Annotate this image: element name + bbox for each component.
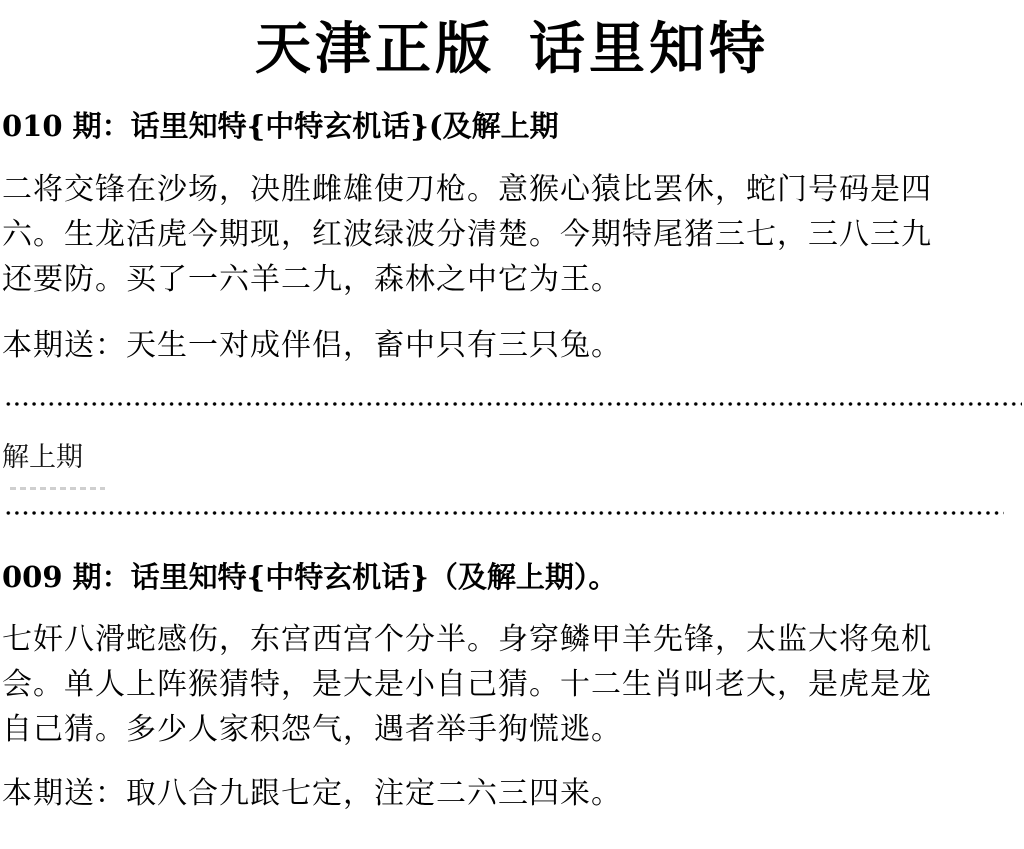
poem-line: 会。单人上阵猴猜特，是大是小自己猜。十二生肖叫老大，是虎是龙	[2, 662, 1024, 707]
page-title: 天津正版话里知特	[0, 14, 1024, 84]
poem-line: 还要防。买了一六羊二九，森林之中它为王。	[2, 257, 1024, 302]
issue-010-heading: 010 期：话里知特{中特玄机话}(及解上期	[2, 108, 559, 144]
issue-010-gift: 本期送：天生一对成伴侣，畜中只有三只兔。	[2, 326, 622, 366]
issue-009-poem: 七奸八滑蛇感伤，东宫西宫个分半。身穿鳞甲羊先锋，太监大将兔机 会。单人上阵猴猜特…	[2, 617, 1024, 752]
issue-010-poem: 二将交锋在沙场，决胜雌雄使刀枪。意猴心猿比罢休，蛇门号码是四 六。生龙活虎今期现…	[2, 167, 1024, 302]
poem-line: 七奸八滑蛇感伤，东宫西宫个分半。身穿鳞甲羊先锋，太监大将兔机	[2, 617, 1024, 662]
issue-009-gift: 本期送：取八合九跟七定，注定二六三四来。	[2, 774, 622, 814]
poem-line: 六。生龙活虎今期现，红波绿波分清楚。今期特尾猪三七，三八三九	[2, 212, 1024, 257]
title-part-2: 话里知特	[529, 16, 769, 82]
faint-scan-mark	[10, 487, 105, 490]
poem-line: 自己猜。多少人家积怨气，遇者举手狗慌逃。	[2, 707, 1024, 752]
issue-009-heading: 009 期：话里知特{中特玄机话}（及解上期）。	[2, 559, 617, 595]
poem-line: 二将交锋在沙场，决胜雌雄使刀枪。意猴心猿比罢休，蛇门号码是四	[2, 167, 1024, 212]
answer-previous-label: 解上期	[2, 440, 83, 476]
dotted-divider	[4, 511, 1004, 515]
dotted-divider	[4, 402, 1022, 406]
title-part-1: 天津正版	[255, 16, 495, 82]
